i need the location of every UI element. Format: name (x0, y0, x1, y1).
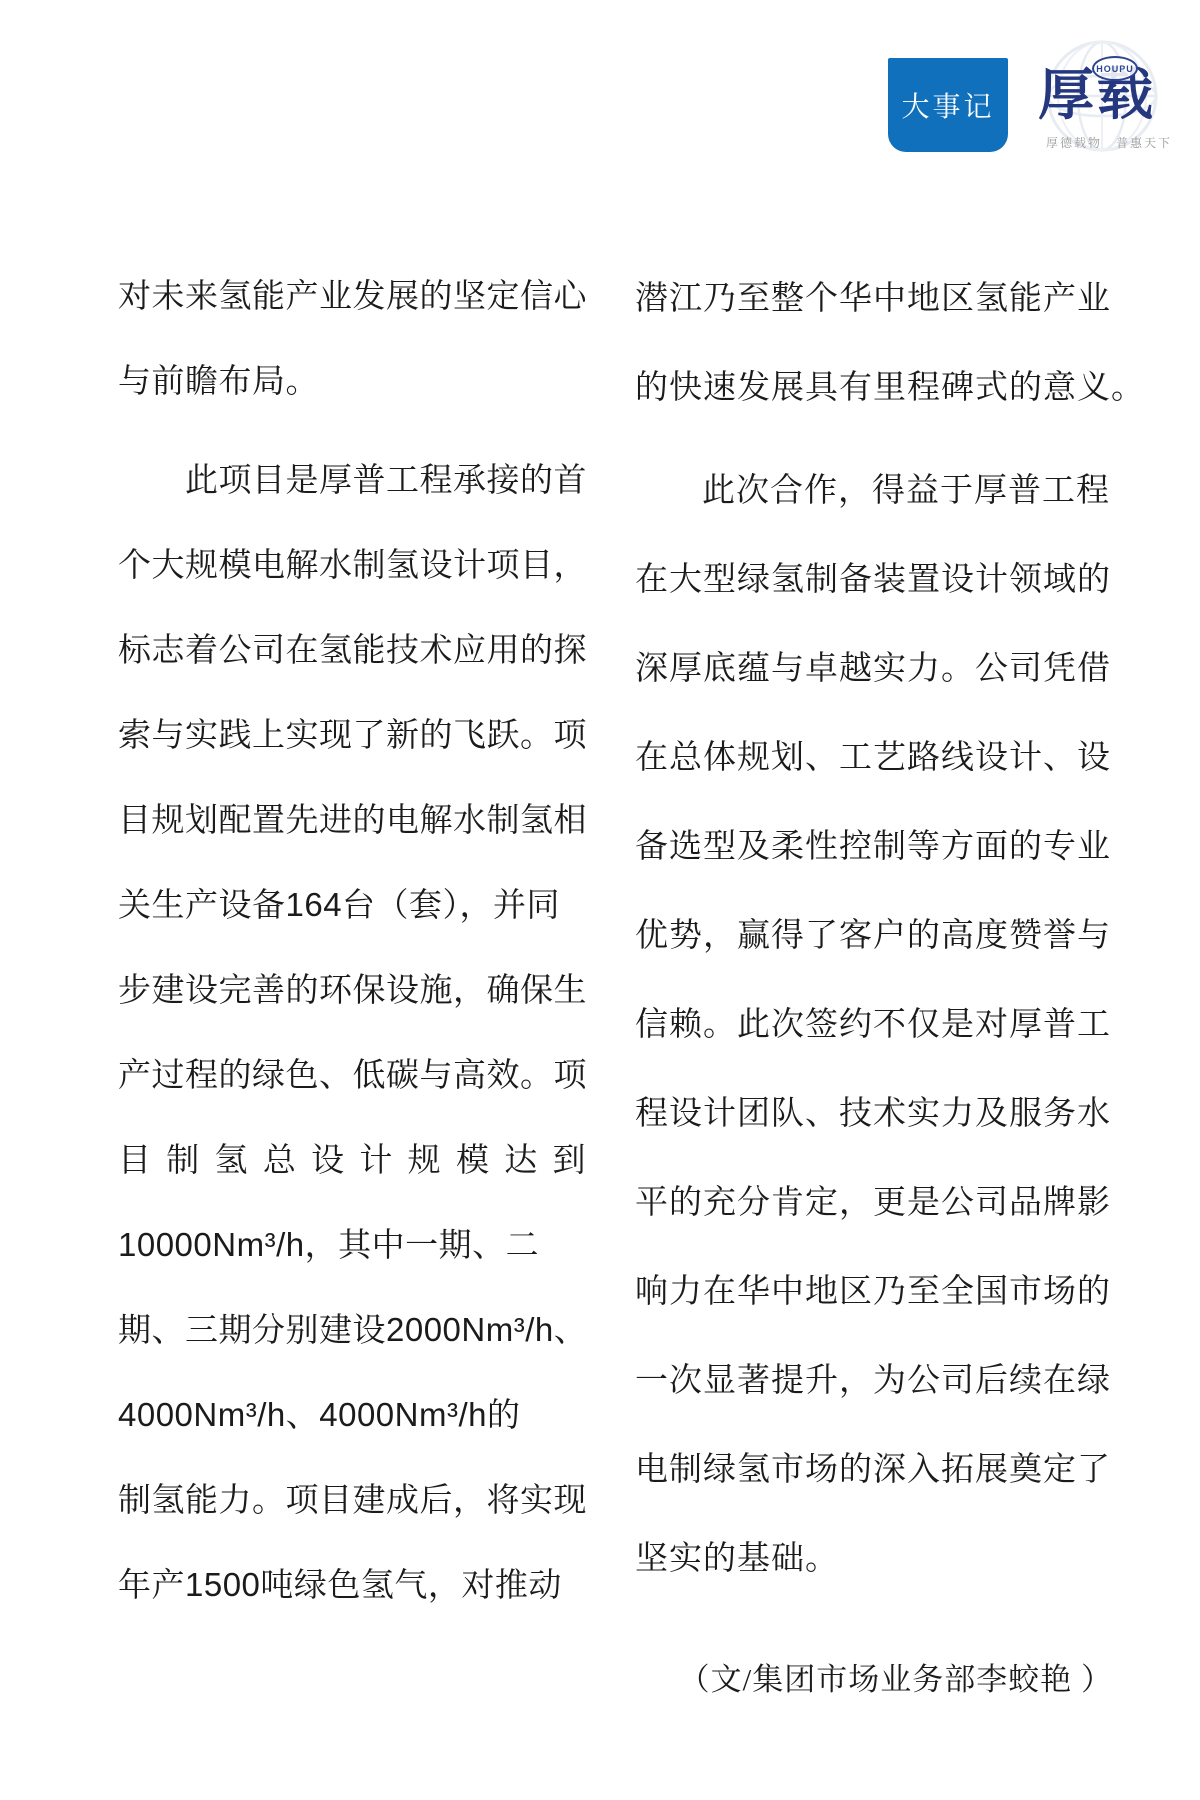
text-line: 此项目是厚普工程承接的首 (118, 437, 586, 522)
left-column: 对未来氢能产业发展的坚定信心与前瞻布局。此项目是厚普工程承接的首个大规模电解水制… (118, 253, 586, 1627)
text-line: 目规划配置先进的电解水制氢相 (118, 777, 586, 862)
text-line: 个大规模电解水制氢设计项目， (118, 522, 586, 607)
text-line: 索与实践上实现了新的飞跃。项 (118, 692, 586, 777)
text-line: 关生产设备164台（套），并同 (118, 862, 586, 947)
text-line: 步建设完善的环保设施，确保生 (118, 947, 586, 1032)
text-line: 深厚底蕴与卓越实力。公司凭借 (635, 623, 1113, 712)
text-line: 电制绿氢市场的深入拓展奠定了 (635, 1424, 1113, 1513)
document-page: 大事记 厚载 HOUPU 厚德载物 普惠天下 对未来氢能产业发展的坚定信心与前瞻… (0, 0, 1200, 1800)
text-line: 期、三期分别建设2000Nm³/h、 (118, 1287, 586, 1372)
text-line: 的快速发展具有里程碑式的意义。 (635, 342, 1113, 431)
text-line: 对未来氢能产业发展的坚定信心 (118, 253, 586, 338)
right-column: 潜江乃至整个华中地区氢能产业的快速发展具有里程碑式的意义。此次合作，得益于厚普工… (635, 253, 1113, 1602)
byline: （文/集团市场业务部李蛟艳 ） (635, 1650, 1117, 1710)
text-line: 程设计团队、技术实力及服务水 (635, 1068, 1113, 1157)
chapter-badge: 大事记 (888, 58, 1008, 152)
text-line: 在大型绿氢制备装置设计领域的 (635, 534, 1113, 623)
text-line: 标志着公司在氢能技术应用的探 (118, 607, 586, 692)
text-line: 一次显著提升，为公司后续在绿 (635, 1335, 1113, 1424)
houpu-logo: 厚载 HOUPU 厚德载物 普惠天下 (1020, 40, 1200, 155)
text-line: 坚实的基础。 (635, 1513, 1113, 1602)
text-line: 信赖。此次签约不仅是对厚普工 (635, 979, 1113, 1068)
text-line: 在总体规划、工艺路线设计、设 (635, 712, 1113, 801)
text-line: 4000Nm³/h、4000Nm³/h的 (118, 1372, 586, 1457)
logo-emblem-label: HOUPU (1096, 64, 1134, 74)
text-line: 备选型及柔性控制等方面的专业 (635, 801, 1113, 890)
text-line: 目制氢总设计规模达到 (118, 1117, 586, 1202)
text-line: 响力在华中地区乃至全国市场的 (635, 1246, 1113, 1335)
text-line: 制氢能力。项目建成后，将实现 (118, 1457, 586, 1542)
logo-emblem-icon: HOUPU (1092, 56, 1138, 81)
text-line: 10000Nm³/h，其中一期、二 (118, 1202, 586, 1287)
text-line: 产过程的绿色、低碳与高效。项 (118, 1032, 586, 1117)
text-line: 优势，赢得了客户的高度赞誉与 (635, 890, 1113, 979)
text-line: 年产1500吨绿色氢气，对推动 (118, 1542, 586, 1627)
logo-tagline: 厚德载物 普惠天下 (1046, 134, 1172, 151)
chapter-badge-label: 大事记 (901, 85, 994, 125)
text-line: 与前瞻布局。 (118, 338, 586, 423)
text-line: 潜江乃至整个华中地区氢能产业 (635, 253, 1113, 342)
text-line: 此次合作，得益于厚普工程 (635, 445, 1113, 534)
text-line: 平的充分肯定，更是公司品牌影 (635, 1157, 1113, 1246)
